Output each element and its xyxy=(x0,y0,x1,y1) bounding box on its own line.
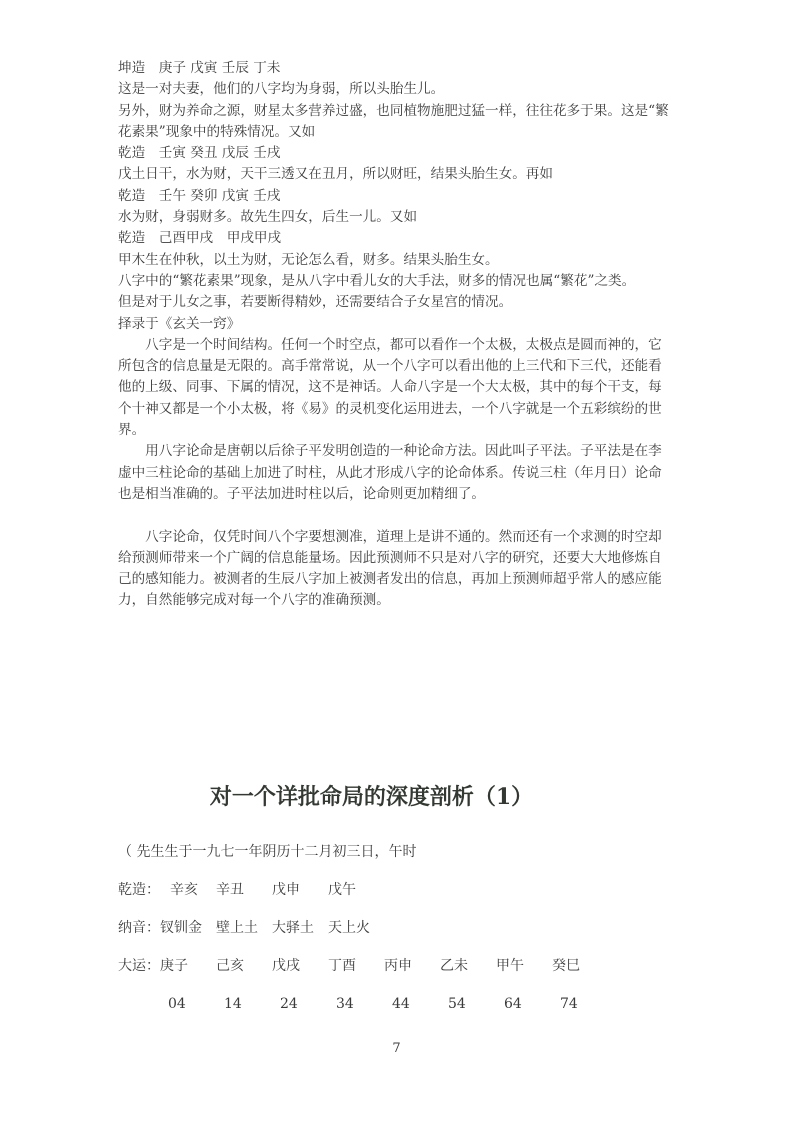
dayun-age: 34 xyxy=(328,985,384,1023)
text-line: 八字论命，仅凭时间八个字要想测准，道理上是讲不通的。然而还有一个求测的时空却 xyxy=(118,527,680,548)
text-line: 戊土日干，水为财，天干三透又在丑月，所以财旺，结果头胎生女。再如 xyxy=(118,164,680,185)
dayun-pillar: 戊戌 xyxy=(272,947,328,985)
dayun-ages-row: 04 14 24 34 44 54 64 74 xyxy=(160,985,678,1023)
nayin-value: 钗钏金 xyxy=(160,909,216,947)
text-line: 他的上级、同事、下属的情况，这不是神话。人命八字是一个大太极，其中的每个干支，每 xyxy=(118,377,680,398)
qianzao-pillar: 戊申 xyxy=(272,871,328,909)
qianzao-pillar: 戊午 xyxy=(328,871,384,909)
text-line: 八字中的“繁花素果”现象，是从八字中看儿女的大手法，财多的情况也属“繁花”之类。 xyxy=(118,271,680,292)
text-line: 力，自然能够完成对每一个八字的准确预测。 xyxy=(118,590,680,611)
text-line: 乾造 壬寅 癸丑 戊辰 壬戌 xyxy=(118,143,680,164)
dayun-age: 74 xyxy=(552,985,608,1023)
dayun-pillar: 癸巳 xyxy=(552,947,608,985)
text-line: 八字是一个时间结构。任何一个时空点，都可以看作一个太极，太极点是圆而神的，它 xyxy=(118,335,680,356)
nayin-value: 大驿土 xyxy=(272,909,328,947)
text-line: 所包含的信息量是无限的。高手常常说，从一个八字可以看出他的上三代和下三代，还能看 xyxy=(118,356,680,377)
dayun-pillar: 丙申 xyxy=(384,947,440,985)
dayun-pillar: 庚子 xyxy=(160,947,216,985)
page-number: 7 xyxy=(0,1040,793,1058)
text-line: 坤造 庚子 戊寅 壬辰 丁未 xyxy=(118,58,680,79)
text-line: 虚中三柱论命的基础上加进了时柱，从此才形成八字的论命体系。传说三柱（年月日）论命 xyxy=(118,463,680,484)
dayun-label: 大运： xyxy=(118,947,160,985)
dayun-age: 64 xyxy=(496,985,552,1023)
text-line: 这是一对夫妻，他们的八字均为身弱，所以头胎生儿。 xyxy=(118,79,680,100)
qianzao-pillar: 辛丑 xyxy=(216,871,272,909)
dayun-age: 44 xyxy=(384,985,440,1023)
text-line: 甲木生在仲秋，以土为财，无论怎么看，财多。结果头胎生女。 xyxy=(118,250,680,271)
dayun-pillar: 己亥 xyxy=(216,947,272,985)
qianzao-row: 乾造： 辛亥 辛丑 戊申 戊午 xyxy=(118,871,678,909)
qianzao-pillar: 辛亥 xyxy=(160,871,216,909)
text-line: 水为财，身弱财多。故先生四女，后生一儿。又如 xyxy=(118,207,680,228)
dayun-age: 14 xyxy=(216,985,272,1023)
text-line: 择录于《玄关一窍》 xyxy=(118,314,680,335)
mingju-chart-block: （ 先生生于一九七一年阴历十二月初三日，午时 乾造： 辛亥 辛丑 戊申 戊午 纳… xyxy=(118,833,678,1023)
dayun-pillar: 乙未 xyxy=(440,947,496,985)
text-line: 乾造 壬午 癸卯 戊寅 壬戌 xyxy=(118,186,680,207)
text-line: 乾造 己酉甲戌 甲戌甲戌 xyxy=(118,228,680,249)
nayin-row: 纳音： 钗钏金 壁上土 大驿土 天上火 xyxy=(118,909,678,947)
text-line: 也是相当准确的。子平法加进时柱以后，论命则更加精细了。 xyxy=(118,484,680,505)
blank-line xyxy=(118,505,680,526)
text-line: 但是对于儿女之事，若要断得精妙，还需要结合子女星宫的情况。 xyxy=(118,292,680,313)
dayun-pillar: 丁酉 xyxy=(328,947,384,985)
dayun-row: 大运： 庚子 己亥 戊戌 丁酉 丙申 乙未 甲午 癸巳 xyxy=(118,947,678,985)
document-page: 坤造 庚子 戊寅 壬辰 丁未 这是一对夫妻，他们的八字均为身弱，所以头胎生儿。 … xyxy=(0,0,793,1122)
birth-info-line: （ 先生生于一九七一年阴历十二月初三日，午时 xyxy=(118,833,678,871)
dayun-pillar: 甲午 xyxy=(496,947,552,985)
text-line: 另外，财为养命之源，财星太多营养过盛，也同植物施肥过猛一样，往往花多于果。这是“… xyxy=(118,101,680,122)
dayun-age: 54 xyxy=(440,985,496,1023)
nayin-value: 天上火 xyxy=(328,909,384,947)
nayin-value: 壁上土 xyxy=(216,909,272,947)
dayun-age: 24 xyxy=(272,985,328,1023)
dayun-age: 04 xyxy=(160,985,216,1023)
text-line: 给预测师带来一个广阔的信息能量场。因此预测师不只是对八字的研究，还要大大地修炼自 xyxy=(118,548,680,569)
nayin-label: 纳音： xyxy=(118,909,160,947)
text-line: 界。 xyxy=(118,420,680,441)
article-text: 坤造 庚子 戊寅 壬辰 丁未 这是一对夫妻，他们的八字均为身弱，所以头胎生儿。 … xyxy=(118,58,680,612)
text-line: 用八字论命是唐朝以后徐子平发明创造的一种论命方法。因此叫子平法。子平法是在李 xyxy=(118,441,680,462)
text-line: 己的感知能力。被测者的生辰八字加上被测者发出的信息，再加上预测师超乎常人的感应能 xyxy=(118,569,680,590)
text-line: 花素果”现象中的特殊情况。又如 xyxy=(118,122,680,143)
text-line: 个十神又都是一个小太极，将《易》的灵机变化运用进去，一个八字就是一个五彩缤纷的世 xyxy=(118,399,680,420)
section-title: 对一个详批命局的深度剖析（1） xyxy=(93,782,650,812)
qianzao-label: 乾造： xyxy=(118,871,160,909)
